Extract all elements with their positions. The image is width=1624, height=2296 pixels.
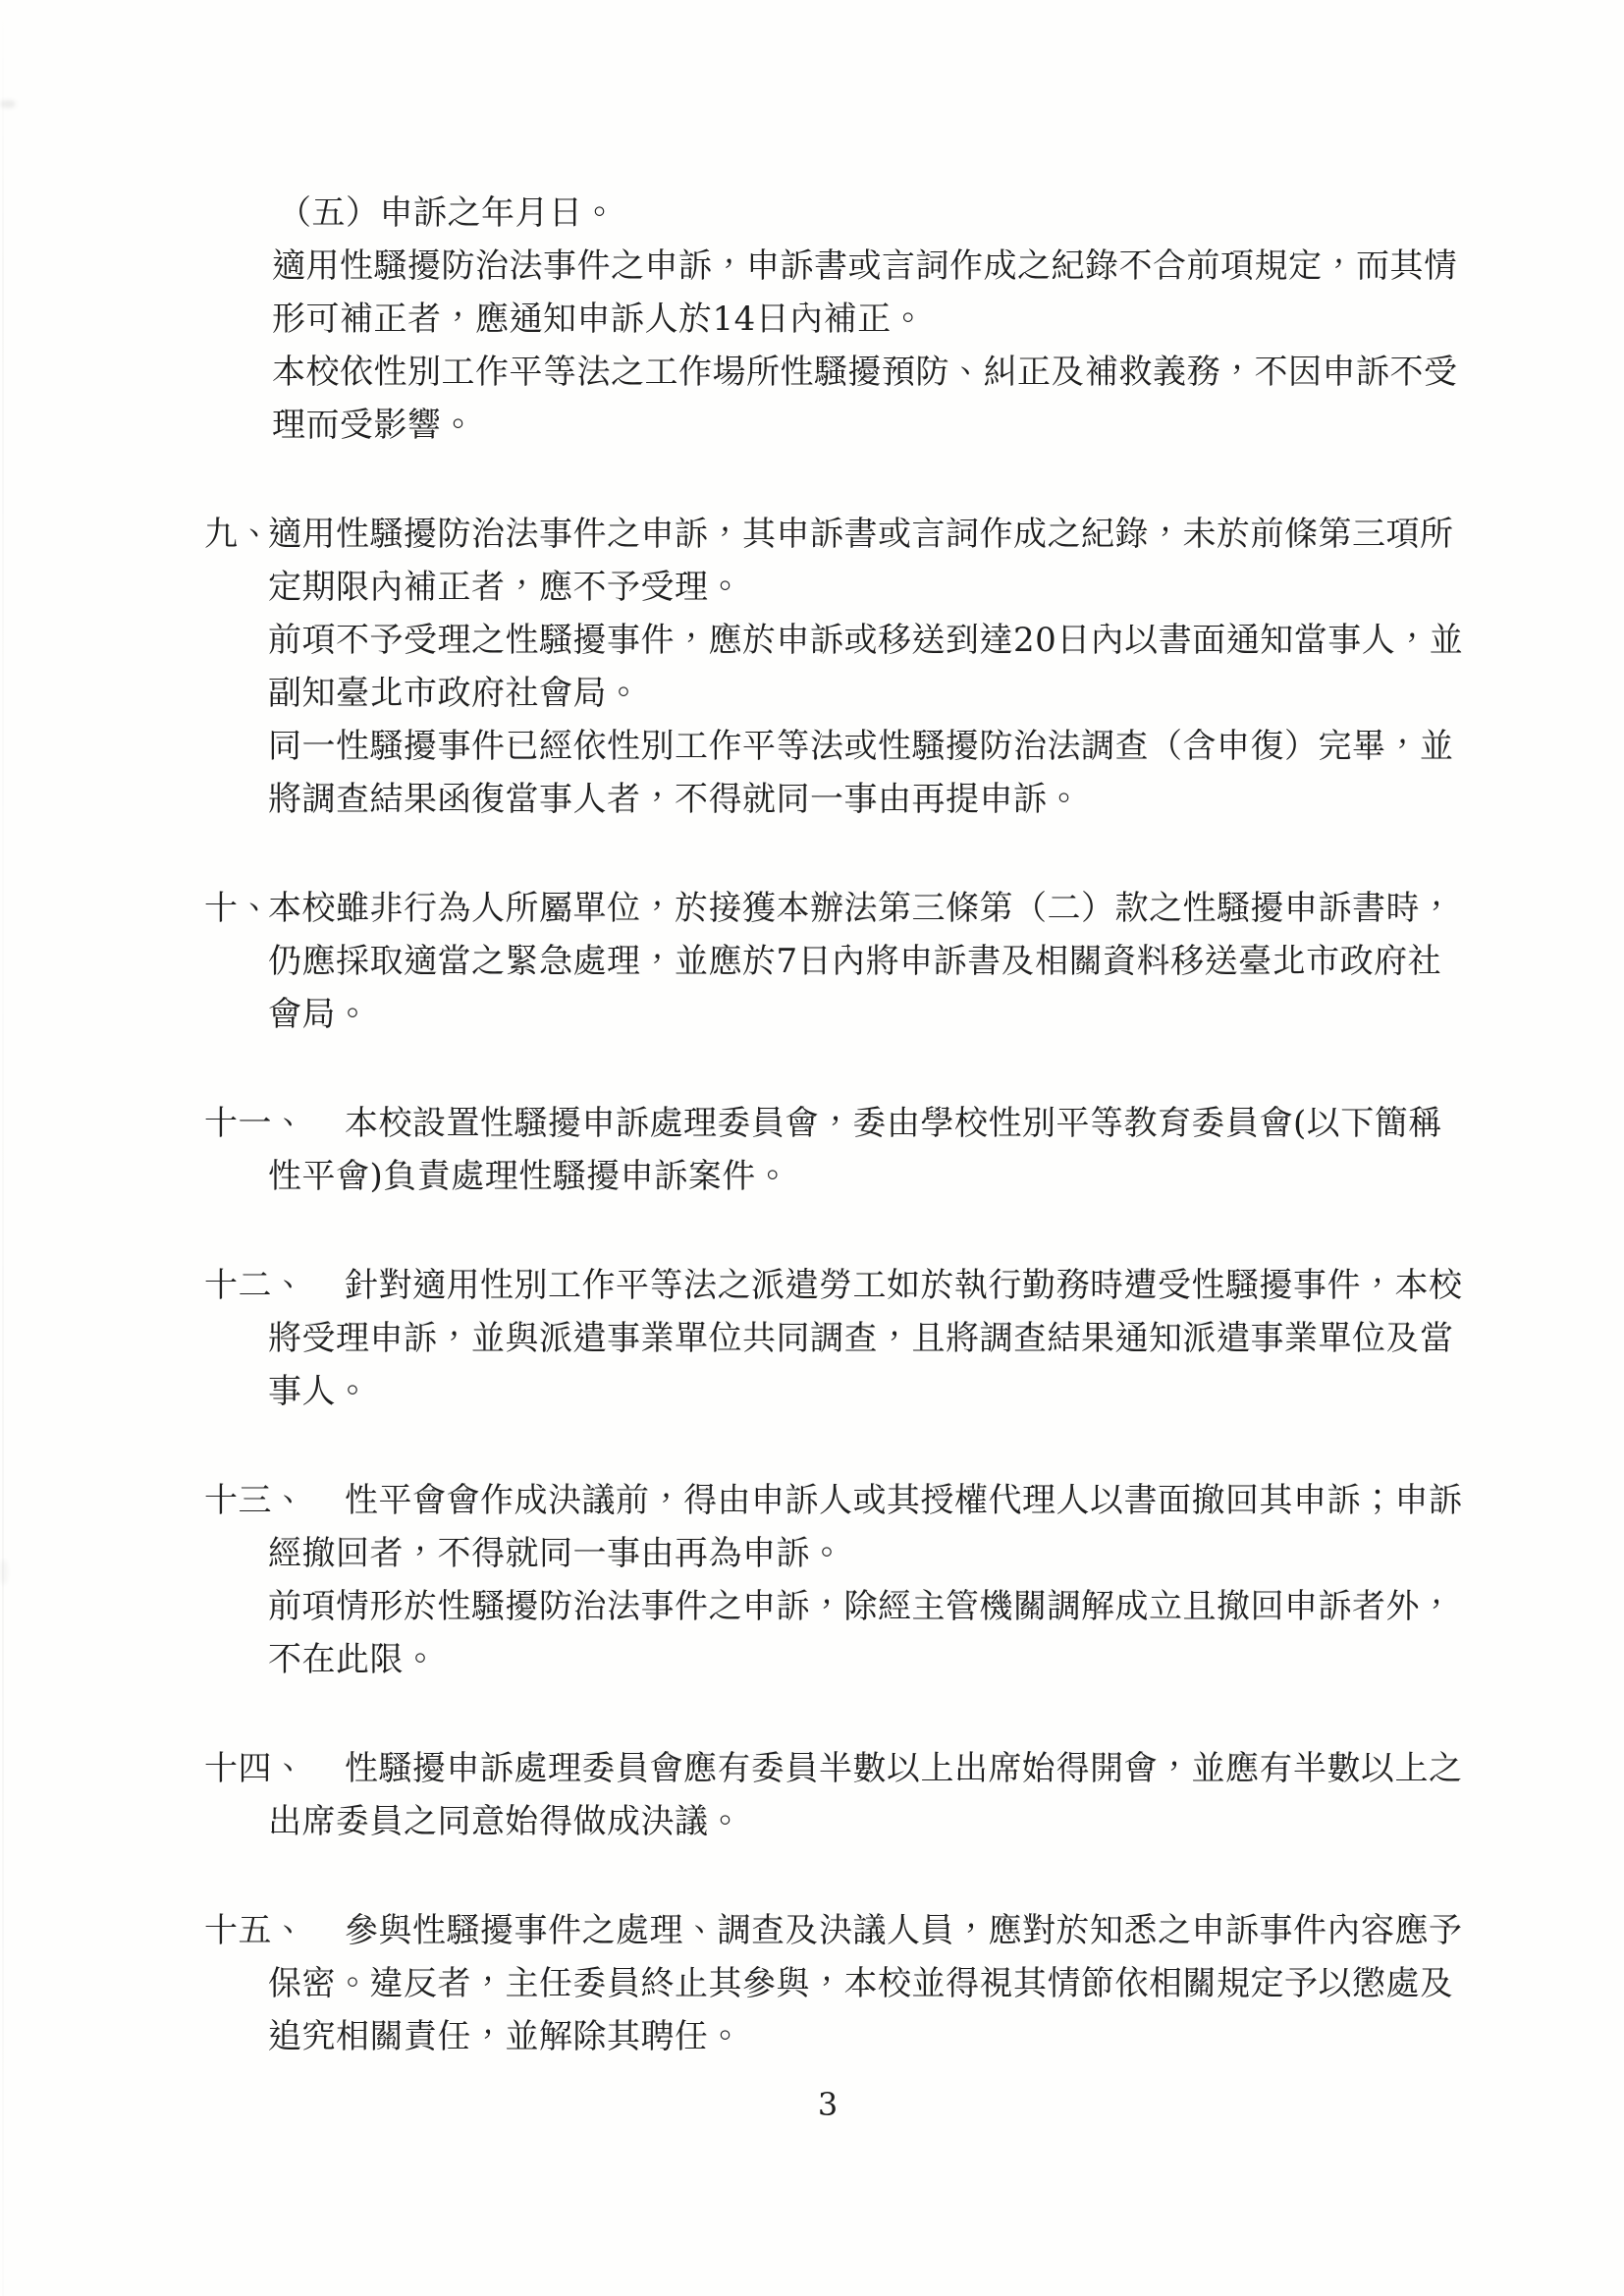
line-text: 將調查結果函復當事人者，不得就同一事由再提申訴。 [268,773,1081,826]
line-text: 將受理申訴，並與派遣事業單位共同調查，且將調查結果通知派遣事業單位及當 [268,1312,1454,1365]
line-text: 形可補正者，應通知申訴人於14日內補正。 [272,293,925,346]
document-line: 前項不予受理之性騷擾事件，應於申訴或移送到達20日內以書面通知當事人，並 [0,614,1624,667]
document-line: 前項情形於性騷擾防治法事件之申訴，除經主管機關調解成立且撤回申訴者外， [0,1580,1624,1633]
line-text: 本校雖非行為人所屬單位，於接獲本辦法第三條第（二）款之性騷擾申訴書時， [268,882,1454,935]
document-line: 會局。 [0,988,1624,1041]
line-text: 事人。 [268,1365,370,1418]
line-text: 保密。違反者，主任委員終止其參與，本校並得視其情節依相關規定予以懲處及 [268,1957,1454,2010]
scan-smudge [0,100,16,108]
item-number: 九、 [204,508,268,561]
line-text: 針對適用性別工作平等法之派遣勞工如於執行勤務時遭受性騷擾事件，本校 [345,1259,1463,1312]
document-line: 副知臺北市政府社會局。 [0,667,1624,720]
document-line: 十二、 針對適用性別工作平等法之派遣勞工如於執行勤務時遭受性騷擾事件，本校 [0,1259,1624,1312]
line-text: 前項不予受理之性騷擾事件，應於申訴或移送到達20日內以書面通知當事人，並 [268,614,1463,667]
document-line: 將受理申訴，並與派遣事業單位共同調查，且將調查結果通知派遣事業單位及當 [0,1312,1624,1365]
document-line: 出席委員之同意始得做成決議。 [0,1795,1624,1848]
line-text: 適用性騷擾防治法事件之申訴，其申訴書或言詞作成之紀錄，未於前條第三項所 [268,508,1454,561]
line-text: 副知臺北市政府社會局。 [268,667,641,720]
document-line: 追究相關責任，並解除其聘任。 [0,2010,1624,2063]
line-text: 適用性騷擾防治法事件之申訴，申訴書或言詞作成之紀錄不合前項規定，而其情 [272,240,1458,293]
document-line: 本校依性別工作平等法之工作場所性騷擾預防、糾正及補救義務，不因申訴不受 [0,346,1624,399]
line-text: 本校設置性騷擾申訴處理委員會，委由學校性別平等教育委員會(以下簡稱 [345,1097,1442,1150]
document-line: 不在此限。 [0,1633,1624,1686]
document-line: 十一、 本校設置性騷擾申訴處理委員會，委由學校性別平等教育委員會(以下簡稱 [0,1097,1624,1150]
line-text: 參與性騷擾事件之處理、調查及決議人員，應對於知悉之申訴事件內容應予 [345,1904,1463,1957]
document-line: 將調查結果函復當事人者，不得就同一事由再提申訴。 [0,773,1624,826]
document-line: 定期限內補正者，應不予受理。 [0,561,1624,614]
document-line: 十四、 性騷擾申訴處理委員會應有委員半數以上出席始得開會，並應有半數以上之 [0,1742,1624,1795]
document-line: 形可補正者，應通知申訴人於14日內補正。 [0,293,1624,346]
document-line: 性平會)負責處理性騷擾申訴案件。 [0,1150,1624,1203]
document-line: 十三、 性平會會作成決議前，得由申訴人或其授權代理人以書面撤回其申訴；申訴 [0,1474,1624,1527]
line-text: 出席委員之同意始得做成決議。 [268,1795,742,1848]
document-page: （五）申訴之年月日。 適用性騷擾防治法事件之申訴，申訴書或言詞作成之紀錄不合前項… [0,0,1624,2296]
document-line: 九、 適用性騷擾防治法事件之申訴，其申訴書或言詞作成之紀錄，未於前條第三項所 [0,508,1624,561]
line-text: 性平會會作成決議前，得由申訴人或其授權代理人以書面撤回其申訴；申訴 [345,1474,1463,1527]
document-line: 事人。 [0,1365,1624,1418]
line-text: 定期限內補正者，應不予受理。 [268,561,742,614]
line-text: 理而受影響。 [272,399,475,452]
line-text: 前項情形於性騷擾防治法事件之申訴，除經主管機關調解成立且撤回申訴者外， [268,1580,1454,1633]
document-line: （五）申訴之年月日。 [0,187,1624,240]
document-line: 經撤回者，不得就同一事由再為申訴。 [0,1527,1624,1580]
line-text: 性平會)負責處理性騷擾申訴案件。 [268,1150,789,1203]
line-text: 仍應採取適當之緊急處理，並應於7日內將申訴書及相關資料移送臺北市政府社 [268,935,1441,988]
item-number: 十二、 [204,1259,345,1312]
line-text: 會局。 [268,988,370,1041]
item-number: 十四、 [204,1742,345,1795]
document-line: 保密。違反者，主任委員終止其參與，本校並得視其情節依相關規定予以懲處及 [0,1957,1624,2010]
line-text: 不在此限。 [268,1633,438,1686]
document-line: 仍應採取適當之緊急處理，並應於7日內將申訴書及相關資料移送臺北市政府社 [0,935,1624,988]
page-footer: 3 [0,2084,1624,2125]
document-line: 十、 本校雖非行為人所屬單位，於接獲本辦法第三條第（二）款之性騷擾申訴書時， [0,882,1624,935]
page-number: 3 [818,2084,838,2125]
document-line: 十五、 參與性騷擾事件之處理、調查及決議人員，應對於知悉之申訴事件內容應予 [0,1904,1624,1957]
line-text: 追究相關責任，並解除其聘任。 [268,2010,742,2063]
line-text: 本校依性別工作平等法之工作場所性騷擾預防、糾正及補救義務，不因申訴不受 [272,346,1458,399]
line-text: 性騷擾申訴處理委員會應有委員半數以上出席始得開會，並應有半數以上之 [345,1742,1463,1795]
document-line: 同一性騷擾事件已經依性別工作平等法或性騷擾防治法調查（含申復）完畢，並 [0,720,1624,773]
document-line: 理而受影響。 [0,399,1624,452]
item-number: 十、 [204,882,268,935]
item-number: 十五、 [204,1904,345,1957]
line-text: 同一性騷擾事件已經依性別工作平等法或性騷擾防治法調查（含申復）完畢，並 [268,720,1454,773]
item-number: 十三、 [204,1474,345,1527]
document-text-block: （五）申訴之年月日。 適用性騷擾防治法事件之申訴，申訴書或言詞作成之紀錄不合前項… [0,187,1624,2063]
line-text: 經撤回者，不得就同一事由再為申訴。 [268,1527,844,1580]
document-line: 適用性騷擾防治法事件之申訴，申訴書或言詞作成之紀錄不合前項規定，而其情 [0,240,1624,293]
item-number: 十一、 [204,1097,345,1150]
line-text: （五）申訴之年月日。 [278,187,617,240]
